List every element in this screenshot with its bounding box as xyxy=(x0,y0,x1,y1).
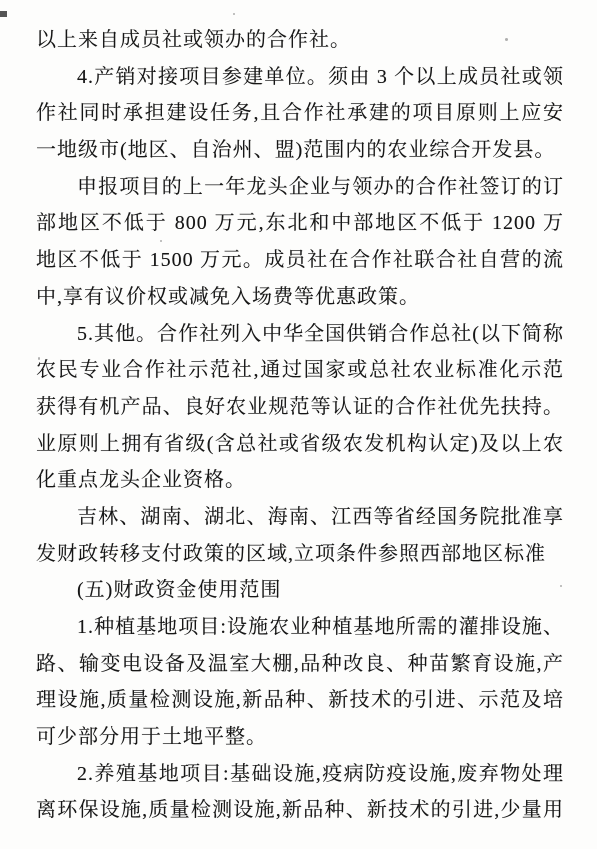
text-line: 农民专业合作社示范社,通过国家或总社农业标准化示范区验收, xyxy=(36,352,564,389)
text-line: 以上来自成员社或领办的合作社。 xyxy=(36,22,564,59)
scan-speck xyxy=(412,700,414,702)
scan-speck xyxy=(160,240,162,242)
text-line: 理设施,质量检测设施,新品种、新技术的引进、示范及培训等,也 xyxy=(36,682,564,719)
scan-speck xyxy=(505,38,508,41)
text-line: 一地级市(地区、自治州、盟)范围内的农业综合开发县。 xyxy=(36,132,564,169)
text-line: 地区不低于 1500 万元。成员社在合作社联合社自营的流通环节 xyxy=(36,242,564,279)
document-body: 以上来自成员社或领办的合作社。4.产销对接项目参建单位。须由 3 个以上成员社或… xyxy=(36,22,564,829)
text-line: 化重点龙头企业资格。 xyxy=(36,462,564,499)
text-line: 业原则上拥有省级(含总社或省级农发机构认定)及以上农业产业 xyxy=(36,426,564,463)
text-line: 发财政转移支付政策的区域,立项条件参照西部地区标准执行。 xyxy=(36,536,564,573)
text-line: 离环保设施,质量检测设施,新品种、新技术的引进,少量用于示范 xyxy=(36,792,564,829)
text-line: 4.产销对接项目参建单位。须由 3 个以上成员社或领办的合 xyxy=(36,59,564,96)
scan-edge-mark xyxy=(0,11,7,17)
text-line: 申报项目的上一年龙头企业与领办的合作社签订的订单额西 xyxy=(36,169,564,206)
text-line: 吉林、湖南、湖北、海南、江西等省经国务院批准享受西部大开 xyxy=(36,499,564,536)
text-line: 中,享有议价权或减免入场费等优惠政策。 xyxy=(36,279,564,316)
text-line: 部地区不低于 800 万元,东北和中部地区不低于 1200 万元,东部 xyxy=(36,205,564,242)
text-line: 2.养殖基地项目:基础设施,疫病防疫设施,废弃物处理及隔 xyxy=(36,756,564,793)
text-line: 路、输变电设备及温室大棚,品种改良、种苗繁育设施,产品采后处 xyxy=(36,646,564,683)
text-line: (五)财政资金使用范围 xyxy=(36,572,564,609)
text-line: 可少部分用于土地平整。 xyxy=(36,719,564,756)
document-page: 以上来自成员社或领办的合作社。4.产销对接项目参建单位。须由 3 个以上成员社或… xyxy=(0,0,597,849)
text-line: 作社同时承担建设任务,且合作社承建的项目原则上应安排在同 xyxy=(36,95,564,132)
text-line: 1.种植基地项目:设施农业种植基地所需的灌排设施、农用道 xyxy=(36,609,564,646)
scan-speck xyxy=(296,73,298,75)
scan-speck xyxy=(233,13,235,15)
text-line: 5.其他。合作社列入中华全国供销合作总社(以下简称总社) xyxy=(36,316,564,353)
text-line: 获得有机产品、良好农业规范等认证的合作社优先扶持。龙头企 xyxy=(36,389,564,426)
scan-speck xyxy=(560,585,562,587)
scan-speck xyxy=(38,357,40,360)
